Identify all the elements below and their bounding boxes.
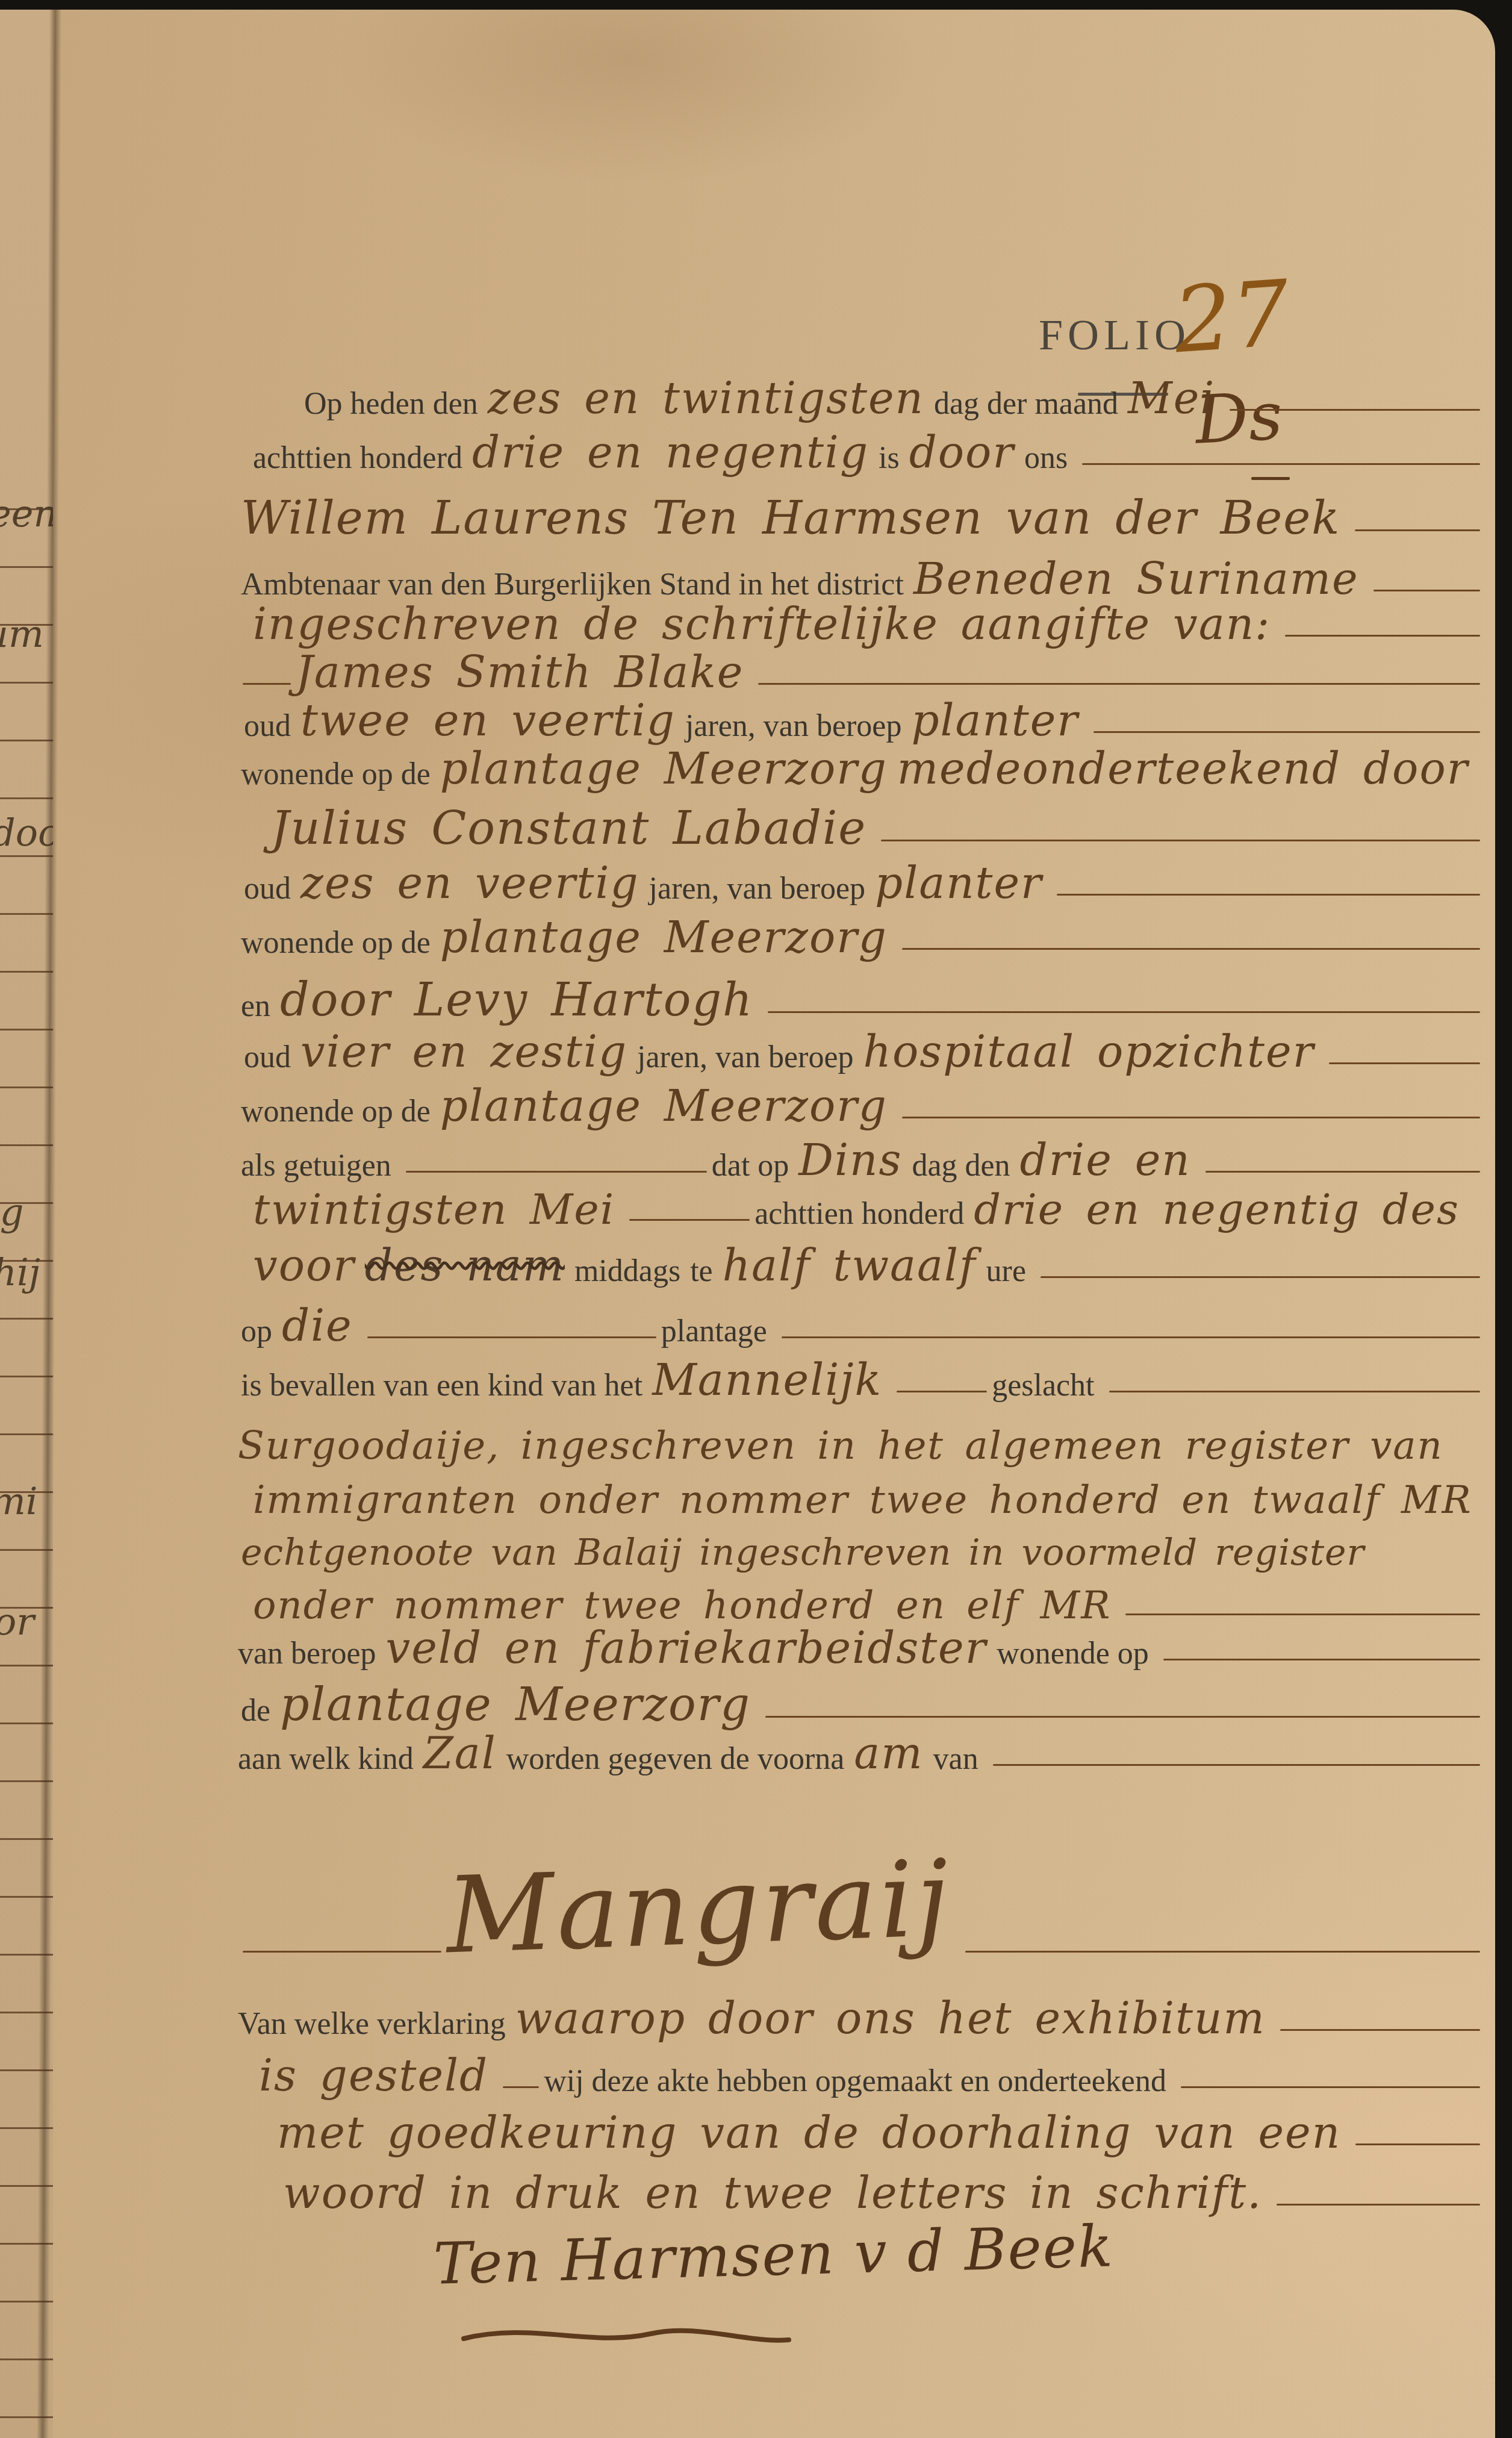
fill-line (629, 1219, 750, 1221)
fill-line (902, 1117, 1480, 1118)
act-line: Willem Laurens Ten Harmsen van der Beek (241, 464, 1485, 542)
printed-text: te (690, 1254, 713, 1289)
act-line: en door Levy Hartogh (241, 952, 1485, 1024)
printed-text: middags (574, 1254, 680, 1289)
handwritten-text-witness-name: Julius Constant Labadie (271, 804, 866, 852)
printed-text: aan welk kind (238, 1742, 414, 1777)
act-line: aan welk kind Zal worden gegeven de voor… (238, 1716, 1485, 1777)
fill-line (367, 1336, 656, 1338)
printed-text: achttien honderd (754, 1197, 964, 1232)
fill-line (965, 1951, 1480, 1953)
fill-line (243, 1951, 441, 1953)
fill-line (1041, 1276, 1480, 1278)
handwritten-text: zes en twintigsten (488, 376, 924, 422)
handwritten-text: am (854, 1731, 923, 1777)
act-line: Julius Constant Labadie (271, 780, 1485, 852)
fill-line (1277, 2204, 1480, 2206)
fill-line (993, 1764, 1480, 1766)
printed-text: ure (986, 1254, 1026, 1289)
act-line: oud zes en veertig jaren, van beroep pla… (244, 846, 1485, 906)
fill-line (881, 840, 1480, 841)
child-name-line: Mangraij (238, 1813, 1485, 1963)
act-line: wonende op de plantage Meerzorg (241, 1069, 1485, 1129)
handwritten-text: die (282, 1303, 353, 1349)
printed-text: worden gegeven de voorna (506, 1742, 845, 1777)
handwritten-text-age: vier en zestig (300, 1029, 627, 1075)
margin-fragment: ig (0, 1190, 24, 1234)
margin-fragment: een (0, 491, 53, 535)
handwritten-text-year: drie en negentig des (974, 1188, 1460, 1232)
fill-line (902, 948, 1480, 950)
fill-line (782, 1336, 1480, 1338)
handwritten-text: Zal (423, 1731, 497, 1777)
scanned-register-page: een um doo ig hij mi or FOLIO 27 Ds Op h… (0, 0, 1512, 2438)
fill-line (897, 1391, 987, 1392)
handwritten-text: voor (253, 1243, 355, 1289)
act-line: woord in druk en twee letters in schrift… (283, 2141, 1485, 2216)
signature-flourish (458, 2316, 795, 2355)
act-line: twintigsten Mei achttien honderd drie en… (253, 1171, 1485, 1232)
fill-line (1329, 1062, 1480, 1064)
handwritten-text-age: zes en veertig (300, 861, 639, 906)
handwritten-text-date: twintigsten Mei (253, 1188, 615, 1232)
margin-fragment: hij (0, 1250, 40, 1294)
handwritten-text-residence: plantage Meerzorg (440, 1083, 888, 1129)
margin-fragment: or (0, 1600, 34, 1644)
struck-through-text: des nam (365, 1243, 565, 1289)
folio-number-handwritten: 27 (1171, 261, 1293, 374)
handwritten-text-occupation: hospitaal opzichter (863, 1029, 1315, 1075)
act-line: op die plantage (241, 1289, 1485, 1349)
folio-label: FOLIO (1039, 310, 1190, 360)
act-line: oud vier en zestig jaren, van beroep hos… (244, 1015, 1485, 1075)
act-line: Op heden den zes en twintigsten dag der … (304, 361, 1485, 422)
fill-line (1109, 1391, 1480, 1392)
handwritten-text-occupation: planter (875, 861, 1042, 906)
printed-text: van (933, 1742, 978, 1777)
handwritten-text-registrar-name: Willem Laurens Ten Harmsen van der Beek (241, 494, 1340, 542)
handwritten-text-time: half twaalf (723, 1243, 977, 1289)
handwritten-text-amendment: woord in druk en twee letters in schrift… (283, 2171, 1262, 2216)
handwritten-child-name: Mangraij (444, 1844, 953, 1972)
fill-line (1057, 894, 1480, 896)
fill-line (1355, 529, 1480, 531)
margin-fragment: mi (0, 1479, 38, 1523)
fill-line (1230, 409, 1480, 411)
handwritten-text: Mei (1128, 376, 1215, 422)
act-line: voor des nam middags te half twaalf ure (253, 1229, 1485, 1289)
fill-line (768, 1011, 1480, 1013)
margin-fragment: um (0, 612, 44, 656)
